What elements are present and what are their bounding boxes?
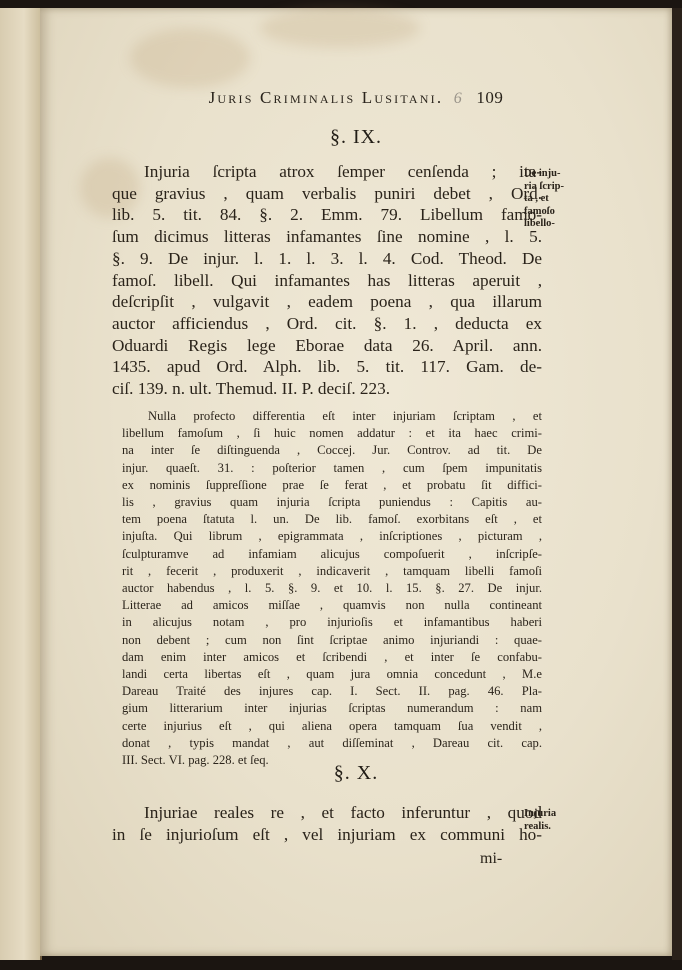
- section-heading-x: §. X.: [40, 762, 672, 785]
- note-line: libellum famoſum , ſi huic nomen addatur…: [122, 425, 542, 442]
- text-line: ſum dicimus litteras infamantes ſine nom…: [112, 226, 542, 248]
- note-line: rit , fecerit , produxerit , indicaverit…: [122, 563, 542, 580]
- note-line: tem poena ſtatuta l. un. De lib. famoſ. …: [122, 511, 542, 528]
- handwritten-mark: 6: [454, 90, 464, 107]
- note-line: auctor habendus , l. 5. §. 9. et 10. l. …: [122, 580, 542, 597]
- section-ix-body: Injuria ſcripta atrox ſemper cenſenda ; …: [112, 161, 542, 400]
- note-line: injuſta. Qui librum , epigrammata , inſc…: [122, 528, 542, 545]
- text-line: Oduardi Regis lege Eborae data 26. April…: [112, 335, 542, 357]
- note-line: Litterae ad amicos miſſae , quamvis non …: [122, 597, 542, 614]
- book-edge-shadow: [672, 8, 682, 960]
- note-line: in alicujus notam , pro injurioſis et in…: [122, 614, 542, 631]
- note-line: dam enim inter amicos et ſcribendi , et …: [122, 649, 542, 666]
- note-line: gium litterarium inter injurias ſcriptas…: [122, 700, 542, 717]
- text-line: ciſ. 139. n. ult. Themud. II. P. deciſ. …: [112, 378, 542, 400]
- paper-stain: [260, 8, 420, 48]
- note-line: landi certa libertas eſt , quam jura omn…: [122, 666, 542, 683]
- text-line: Injuria ſcripta atrox ſemper cenſenda ; …: [112, 161, 542, 183]
- note-line: Dareau Traité des injures cap. I. Sect. …: [122, 683, 542, 700]
- running-head: Juris Criminalis Lusitani. 6 109: [40, 88, 672, 108]
- section-heading-ix: §. IX.: [40, 126, 672, 149]
- text-line: in ſe injurioſum eſt , vel injuriam ex c…: [112, 824, 542, 846]
- text-line: que gravius , quam verbalis puniri debet…: [112, 183, 542, 205]
- note-line: ex nominis ſuppreſſione prae ſe ferat , …: [122, 477, 542, 494]
- page-number: 109: [476, 88, 503, 107]
- text-line: §. 9. De injur. l. 1. l. 3. l. 4. Cod. T…: [112, 248, 542, 270]
- note-line: injur. quaeſt. 31. : poſterior tamen , c…: [122, 460, 542, 477]
- book-page: Juris Criminalis Lusitani. 6 109 §. IX. …: [40, 8, 672, 956]
- note-line: Nulla profecto differentia eſt inter inj…: [122, 408, 542, 425]
- note-line: ſculpturamve ad infamiam alicujus compoſ…: [122, 546, 542, 563]
- text-line: auctor afficiendus , Ord. cit. §. 1. , d…: [112, 313, 542, 335]
- section-ix-note: Nulla profecto differentia eſt inter inj…: [122, 408, 542, 769]
- note-line: na inter ſe diſtinguenda , Coccej. Jur. …: [122, 442, 542, 459]
- facing-page-edge: [0, 8, 42, 960]
- catchword: mi-: [480, 850, 502, 868]
- note-line: lis , gravius quam injuria ſcripta punie…: [122, 494, 542, 511]
- note-line: donat , typis mandat , aut diſſeminat , …: [122, 735, 542, 752]
- note-line: non debent ; cum non ſint ſcriptae animo…: [122, 632, 542, 649]
- running-head-title: Juris Criminalis Lusitani.: [209, 88, 444, 107]
- text-line: 1435. apud Ord. Alph. lib. 5. tit. 117. …: [112, 356, 542, 378]
- section-x-body: Injuriae reales re , et facto inferuntur…: [112, 802, 542, 845]
- text-line: Injuriae reales re , et facto inferuntur…: [112, 802, 542, 824]
- note-line: certe injurius eſt , qui aliena opera ta…: [122, 718, 542, 735]
- text-line: deſcripſit , vulgavit , eadem poena , qu…: [112, 291, 542, 313]
- text-line: lib. 5. tit. 84. §. 2. Emm. 79. Libellum…: [112, 204, 542, 226]
- paper-stain: [130, 28, 250, 88]
- text-line: famoſ. libell. Qui infamantes has litter…: [112, 270, 542, 292]
